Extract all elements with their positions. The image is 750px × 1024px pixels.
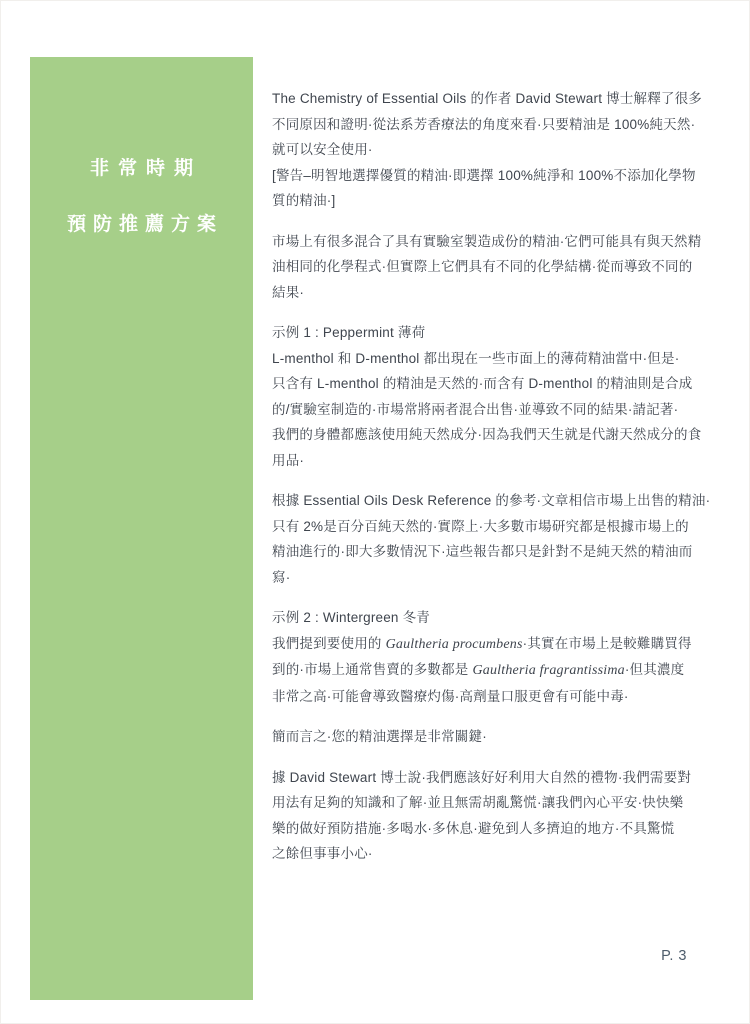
text-line: 用品·	[272, 448, 722, 474]
text-line: [警告–明智地選擇優質的精油·即選擇 100%純淨和 100%不添加化學物	[272, 163, 722, 189]
text-line: 市場上有很多混合了具有實驗室製造成份的精油·它們可能具有與天然精	[272, 229, 722, 255]
text-line: 我們提到要使用的 Gaultheria procumbens·其實在市場上是較難…	[272, 631, 722, 658]
text-line: 只有 2%是百分百純天然的·實際上·大多數市場研究都是根據市場上的	[272, 514, 722, 540]
example-1-heading: 示例 1 : Peppermint 薄荷	[272, 320, 722, 346]
paragraph-example-2-wintergreen: 示例 2 : Wintergreen 冬青 我們提到要使用的 Gaultheri…	[272, 605, 722, 709]
page-number: P. 3	[661, 948, 687, 964]
text-segment: ·其實在市場上是較難購買得	[523, 636, 692, 651]
body-text-column: The Chemistry of Essential Oils 的作者 Davi…	[272, 86, 722, 882]
botanical-name-italic: Gaultheria procumbens	[386, 637, 523, 652]
text-line: 的/實驗室制造的·市場常將兩者混合出售·並導致不同的結果·請記著·	[272, 397, 722, 423]
text-line: 就可以安全使用·	[272, 137, 722, 163]
text-line: 非常之高·可能會導致醫療灼傷·高劑量口服更會有可能中毒·	[272, 684, 722, 710]
text-line: 精油進行的·即大多數情況下·這些報告都只是針對不是純天然的精油而	[272, 539, 722, 565]
text-segment: 我們提到要使用的	[272, 636, 386, 651]
text-line: 簡而言之·您的精油選擇是非常關鍵·	[272, 724, 722, 750]
botanical-name-italic: Gaultheria fragrantissima	[472, 663, 624, 678]
text-line: 質的精油·]	[272, 188, 722, 214]
example-2-heading: 示例 2 : Wintergreen 冬青	[272, 605, 722, 631]
text-line: 我們的身體都應該使用純天然成分·因為我們天生就是代謝天然成分的食	[272, 422, 722, 448]
text-line: 油相同的化學程式·但實際上它們具有不同的化學結構·從而導致不同的	[272, 254, 722, 280]
sidebar-subtitle: 預防推薦方案	[30, 209, 253, 236]
text-line: 樂的做好預防措施·多喝水·多休息·避免到人多擠迫的地方·不具驚慌	[272, 816, 722, 842]
text-line: 只含有 L-menthol 的精油是天然的·而含有 D-menthol 的精油則…	[272, 371, 722, 397]
paragraph-intro: The Chemistry of Essential Oils 的作者 Davi…	[272, 86, 722, 214]
paragraph-example-1-peppermint: 示例 1 : Peppermint 薄荷 L-menthol 和 D-menth…	[272, 320, 722, 473]
paragraph-desk-reference: 根據 Essential Oils Desk Reference 的參考·文章相…	[272, 488, 722, 590]
text-segment: 到的·市場上通常售賣的多數都是	[272, 662, 472, 677]
text-segment: ·但其濃度	[625, 662, 685, 677]
paragraph-lab-made-oils: 市場上有很多混合了具有實驗室製造成份的精油·它們可能具有與天然精 油相同的化學程…	[272, 229, 722, 306]
text-line: 據 David Stewart 博士說·我們應該好好利用大自然的禮物·我們需要對	[272, 765, 722, 791]
text-line: 根據 Essential Oils Desk Reference 的參考·文章相…	[272, 488, 722, 514]
document-page: 非常時期 預防推薦方案 The Chemistry of Essential O…	[0, 0, 750, 1024]
text-line: 用法有足夠的知識和了解·並且無需胡亂驚慌·讓我們內心平安·快快樂	[272, 790, 722, 816]
text-line: 之餘但事事小心·	[272, 841, 722, 867]
text-line: 結果·	[272, 280, 722, 306]
text-line: 不同原因和證明·從法系芳香療法的角度來看·只要精油是 100%純天然·	[272, 112, 722, 138]
paragraph-conclusion-short: 簡而言之·您的精油選擇是非常關鍵·	[272, 724, 722, 750]
text-line: 寫·	[272, 565, 722, 591]
sidebar-title: 非常時期	[30, 153, 253, 180]
text-line: The Chemistry of Essential Oils 的作者 Davi…	[272, 86, 722, 112]
paragraph-closing-advice: 據 David Stewart 博士說·我們應該好好利用大自然的禮物·我們需要對…	[272, 765, 722, 867]
text-line: 到的·市場上通常售賣的多數都是 Gaultheria fragrantissim…	[272, 657, 722, 684]
text-line: L-menthol 和 D-menthol 都出現在一些市面上的薄荷精油當中·但…	[272, 346, 722, 372]
green-sidebar-panel: 非常時期 預防推薦方案	[30, 57, 253, 1000]
